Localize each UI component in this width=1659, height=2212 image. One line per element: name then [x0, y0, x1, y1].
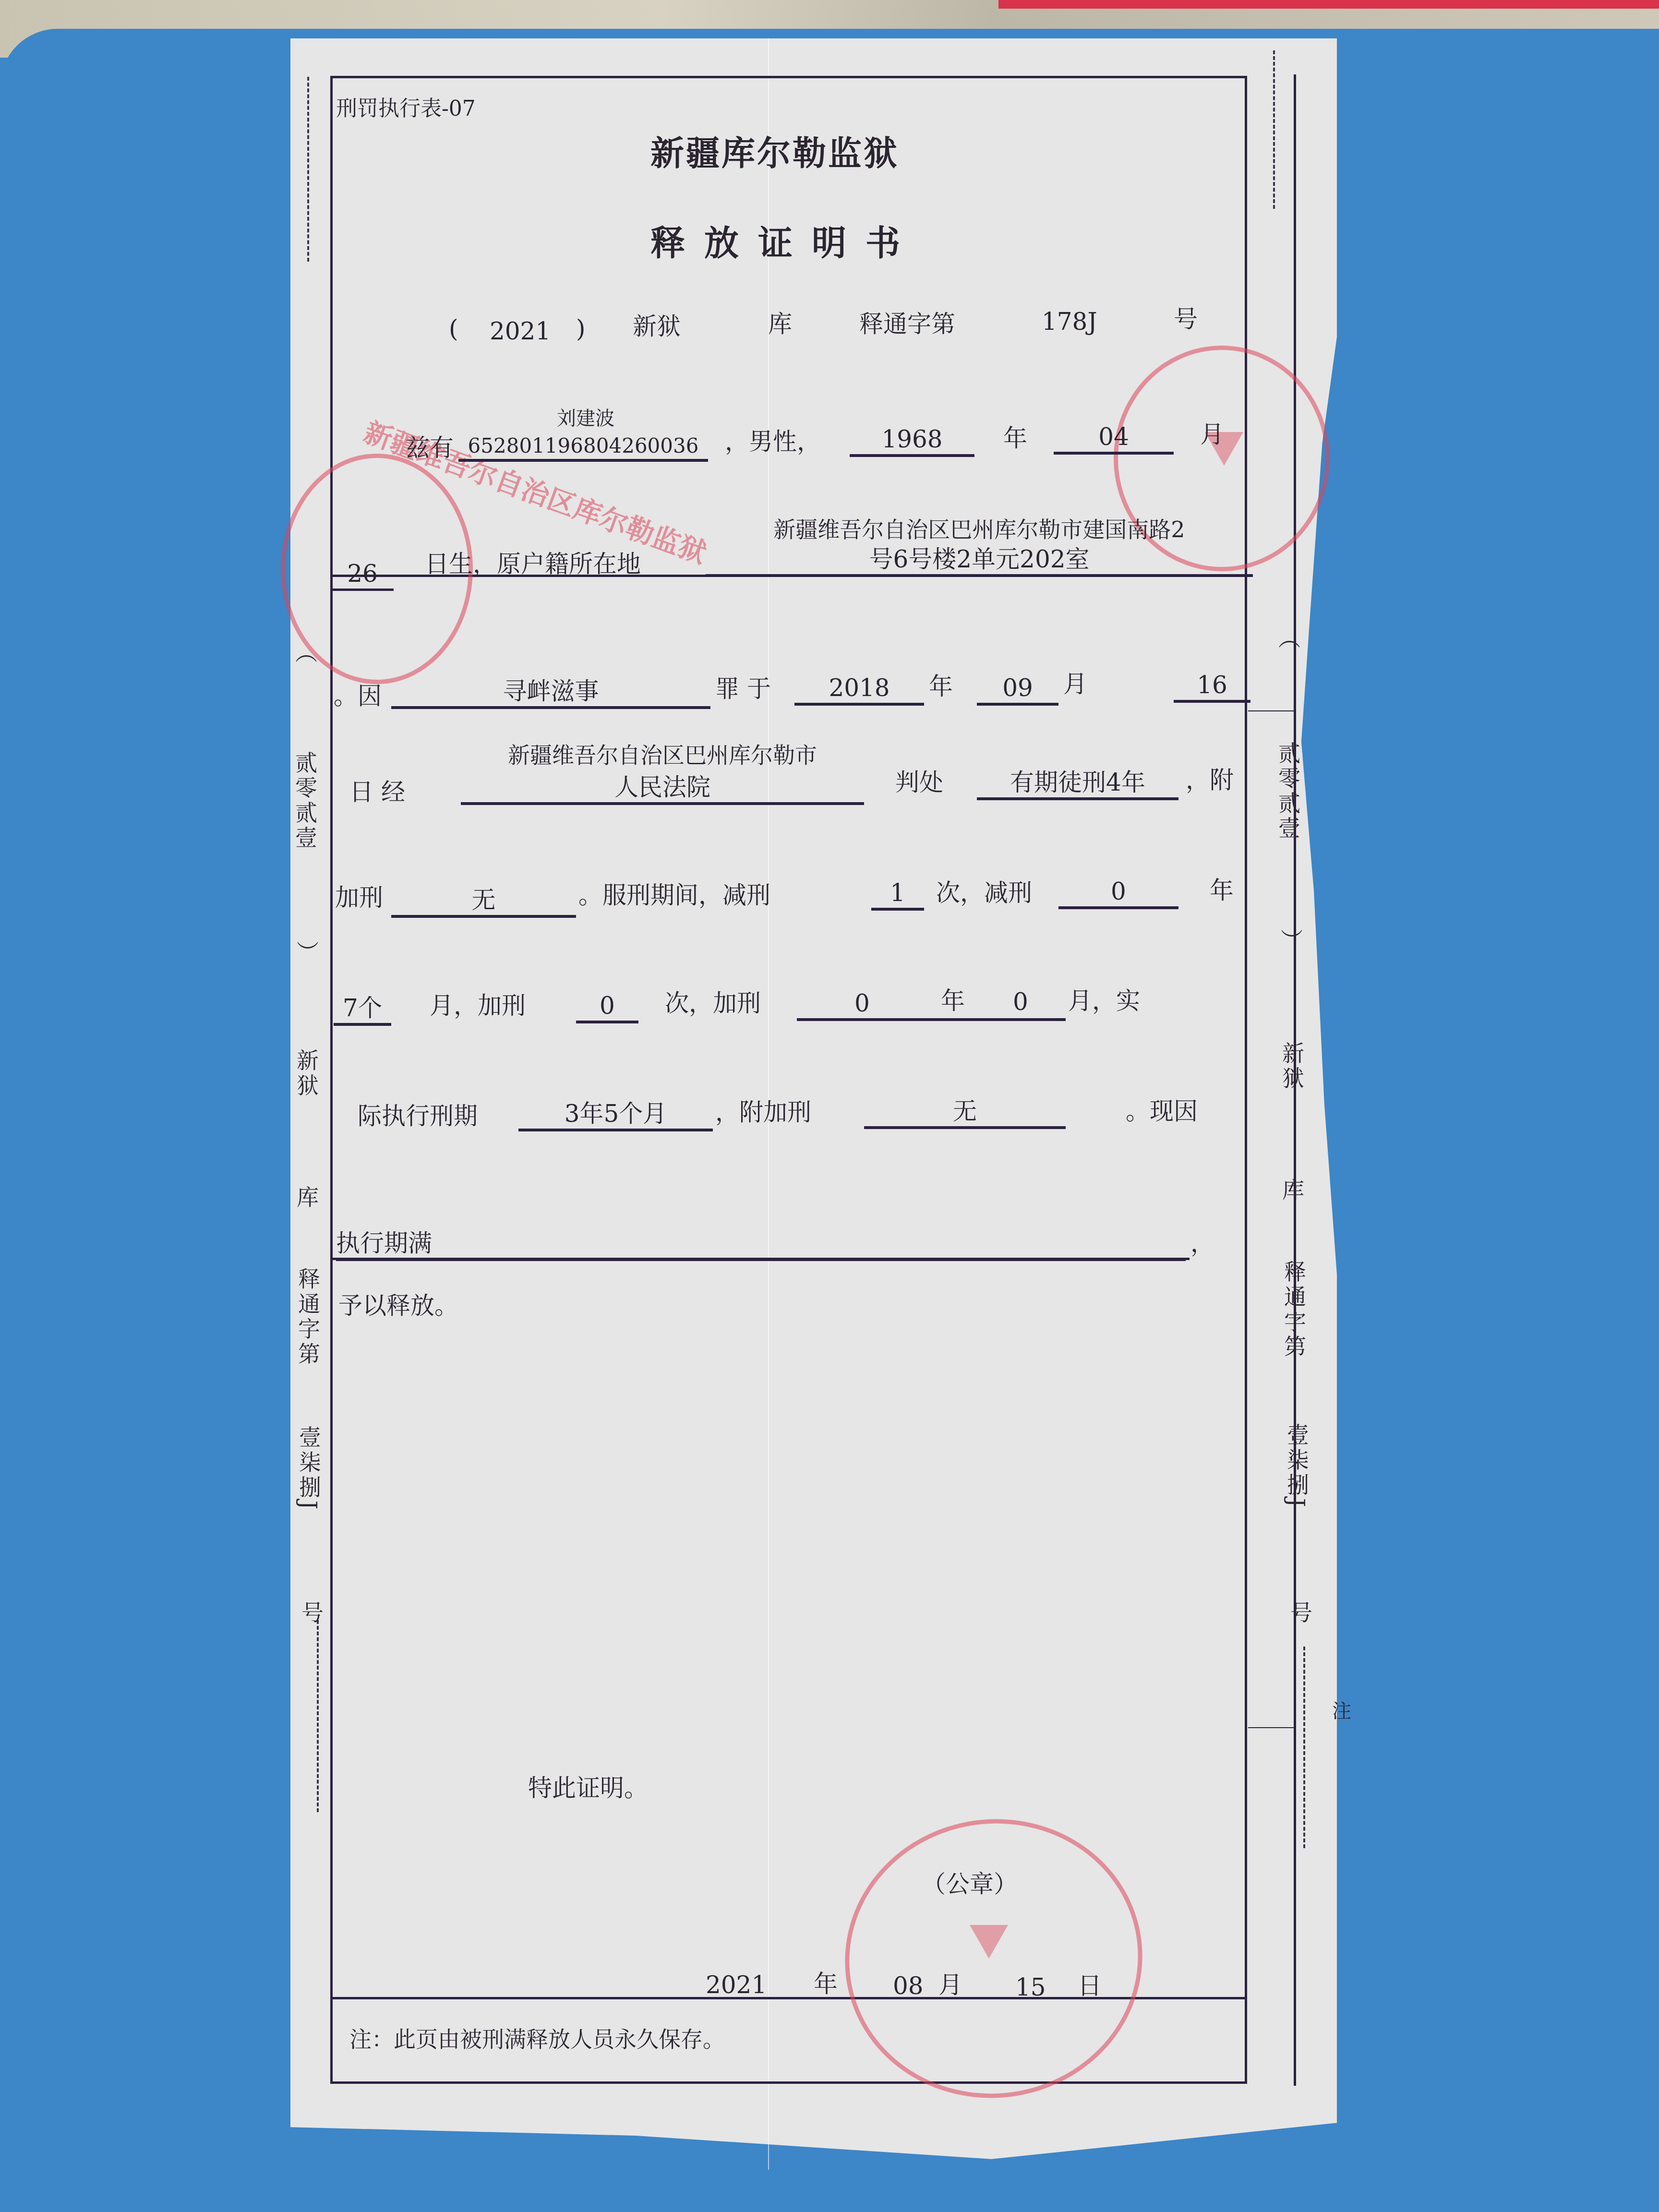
attach-label: ，附: [1186, 768, 1234, 792]
document-title: 释放证明书: [650, 226, 919, 260]
address-line-2: 号6号楼2单元202室: [706, 547, 1253, 577]
ref-prefix-2: 库: [768, 312, 792, 336]
court-line-1: 新疆维吾尔自治区巴州库尔勒市: [461, 744, 864, 766]
release-statement: 予以释放。: [338, 1294, 458, 1318]
issue-year-label: 年: [814, 1972, 838, 1996]
institution-name: 新疆库尔勒监狱: [650, 137, 899, 170]
ref-prefix-3: 释通字第: [859, 312, 955, 336]
intro-label: 兹有: [406, 436, 454, 460]
right-stub-note-fragment: 注: [1332, 1702, 1351, 1721]
crime-day-field: 16: [1174, 673, 1250, 703]
ref-number: 178J: [1042, 310, 1097, 334]
left-stub-prefix-2: 库: [295, 1186, 317, 1211]
reduction-years-field: 0: [1058, 879, 1178, 909]
certificate-frame: [330, 76, 1247, 2084]
issue-month: 08: [893, 1974, 924, 1998]
footer-note: 注：此页由被刑满释放人员永久保存。: [349, 2028, 725, 2050]
background-red-object: [998, 0, 1659, 9]
reduction-count-label: 次，减刑: [936, 881, 1032, 905]
ref-close-paren: ): [576, 317, 586, 341]
ref-open-paren: (: [449, 317, 458, 341]
sentence-field: 有期徒刑4年: [977, 770, 1178, 800]
right-stub-prefix-2: 库: [1281, 1178, 1303, 1203]
additional-penalty-field: 无: [391, 888, 576, 918]
form-code: 刑罚执行表-07: [336, 98, 476, 120]
reason-label: 。现因: [1126, 1099, 1198, 1123]
addition-months-value: 0: [1013, 990, 1028, 1014]
issue-year: 2021: [706, 1973, 767, 1997]
release-reason-field: 执行期满: [336, 1231, 1186, 1261]
birth-month-label: 月: [1200, 422, 1224, 446]
actual-term-field: 3年5个月: [518, 1102, 713, 1131]
left-stub-prefix-1: 新狱: [295, 1049, 317, 1099]
addition-month-label: 月，实: [1068, 989, 1140, 1013]
ref-suffix: 号: [1174, 307, 1198, 331]
right-stub-prefix-3: 释通字第: [1283, 1260, 1305, 1360]
crime-label: 罪 于: [715, 677, 771, 701]
ref-prefix-1: 新狱: [633, 314, 681, 338]
seal-label: （公章）: [922, 1872, 1018, 1896]
left-stub-close-paren: ︶: [295, 941, 317, 966]
period-label: 。服刑期间，减刑: [578, 883, 770, 907]
right-stub-number: 壹柒捌J: [1286, 1423, 1308, 1510]
left-stub-prefix-3: 释通字第: [297, 1267, 319, 1367]
addition-year-label: 年: [941, 989, 965, 1013]
reduction-count-field: 1: [871, 881, 924, 911]
right-perforation-line: [1273, 50, 1275, 209]
left-perforation-line-bottom: [317, 1620, 319, 1812]
left-stub-open-paren: ︵: [294, 641, 316, 666]
birth-day-field: 26: [331, 562, 394, 591]
addition-count-label: 次，加刑: [665, 991, 761, 1015]
id-number-field: 652801196804260036: [458, 436, 708, 462]
release-reason-comma: ，: [1190, 1231, 1214, 1255]
left-perforation-line: [307, 77, 309, 262]
seal-star-icon: [970, 1925, 1008, 1959]
address-line-1: 新疆维吾尔自治区巴州库尔勒市建国南路2: [706, 518, 1253, 541]
actual-attach-label: ，附加刑: [715, 1100, 811, 1124]
actual-term-label: 际执行刑期: [358, 1104, 478, 1128]
issue-day-label: 日: [1078, 1974, 1102, 1998]
actual-attach-field: 无: [864, 1099, 1066, 1129]
charge-field: 寻衅滋事: [391, 679, 710, 709]
additional-label: 加刑: [335, 886, 383, 910]
right-stub-suffix: 号: [1289, 1601, 1311, 1626]
issue-month-label: 月: [938, 1973, 962, 1997]
right-stub-year: 贰零贰壹: [1277, 742, 1299, 842]
right-stub-close-paren: ︶: [1279, 929, 1301, 954]
crime-year-field: 2018: [794, 676, 924, 706]
addition-count-field: 0: [576, 994, 638, 1023]
person-name: 刘建波: [552, 409, 619, 428]
crime-year-label: 年: [929, 674, 953, 698]
court-prefix: 日 经: [349, 780, 405, 804]
crime-month-label: 月: [1063, 672, 1087, 696]
crime-prefix: 。因: [334, 684, 382, 708]
reduction-year-label: 年: [1210, 878, 1234, 902]
right-stub-open-paren: ︵: [1277, 626, 1299, 651]
crime-month-field: 09: [977, 676, 1058, 706]
left-stub-suffix: 号: [300, 1601, 322, 1626]
court-line-2: 人民法院: [461, 775, 864, 805]
birth-month-field: 04: [1054, 425, 1174, 455]
reduction-months-field: 7个: [334, 996, 391, 1026]
sentence-label: 判处: [895, 770, 943, 794]
birth-year-field: 1968: [850, 427, 974, 457]
certification-text: 特此证明。: [528, 1776, 648, 1800]
sex-label: ，男性，: [725, 430, 821, 454]
birth-suffix-label: 日生，原户籍所在地: [425, 552, 641, 576]
reduction-month-label: 月，加刑: [430, 994, 526, 1018]
birth-year-label: 年: [1003, 426, 1027, 450]
right-stub-prefix-1: 新狱: [1281, 1042, 1303, 1092]
right-stub-tick-bottom: [1248, 1727, 1294, 1728]
right-perforation-line-bottom: [1303, 1647, 1305, 1848]
ref-year: 2021: [490, 319, 551, 343]
left-stub-number: 壹柒捌J: [298, 1426, 320, 1512]
issue-day: 15: [1015, 1975, 1046, 1999]
left-stub-year: 贰零贰壹: [294, 751, 316, 851]
right-stub-tick: [1248, 710, 1294, 711]
